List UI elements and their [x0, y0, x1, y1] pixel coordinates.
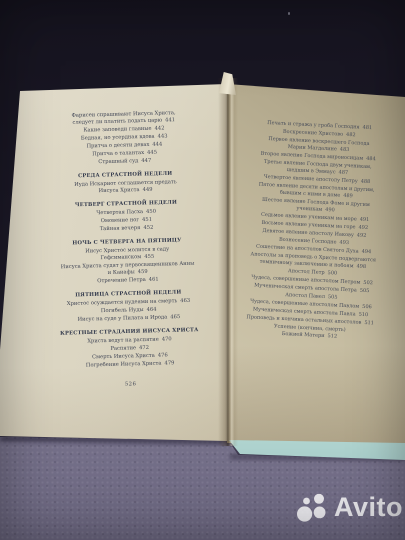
toc-entry-page-number: 451 — [142, 216, 152, 222]
toc-entry-title: Фарисеи спрашивают Иисуса Христа, следуе… — [71, 110, 175, 126]
toc-left-list: Фарисеи спрашивают Иисуса Христа, следуе… — [28, 108, 226, 370]
toc-entry-title: Омовение ног — [101, 217, 140, 224]
toc-entry-title: Апостол Петр — [288, 268, 325, 275]
toc-entry-page-number: 512 — [327, 333, 337, 339]
toc-entry-page-number: 511 — [364, 320, 374, 326]
avito-watermark: Avito — [296, 490, 403, 524]
toc-entry-page-number: 449 — [143, 186, 153, 192]
toc-entry-title: Отречение Петра — [97, 276, 146, 283]
toc-entry-page-number: 476 — [158, 352, 168, 358]
toc-entry-page-number: 489 — [343, 193, 353, 199]
toc-entry-title: Распятие — [110, 345, 136, 352]
toc-entry-page-number: 447 — [141, 157, 151, 163]
toc-entry-page-number: 484 — [366, 156, 376, 162]
toc-entry-page-number: 452 — [143, 224, 153, 230]
toc-entry-title: Апостол Павел — [285, 292, 325, 299]
toc-entry-title: Четвертая Пасха — [96, 209, 143, 216]
toc-entry-page-number: 510 — [358, 312, 368, 318]
toc-entry-page-number: 441 — [165, 117, 175, 123]
toc-entry-page-number: 444 — [152, 141, 162, 147]
toc-entry-page-number: 506 — [362, 304, 372, 310]
dust-speck — [288, 12, 290, 15]
toc-entry-page-number: 464 — [147, 306, 157, 312]
toc-entry-page-number: 472 — [139, 344, 149, 350]
avito-wordmark: Avito — [334, 494, 403, 521]
toc-entry-page-number: 502 — [363, 280, 373, 286]
toc-entry-page-number: 481 — [362, 125, 372, 131]
toc-entry-page-number: 500 — [327, 270, 337, 276]
toc-entry-title: Смерть Иисуса Христа — [92, 352, 155, 360]
toc-entry-page-number: 479 — [164, 360, 174, 366]
toc-entry-page-number: 459 — [138, 268, 148, 274]
toc-right-page: Печать и стража у гроба Господня481Воскр… — [226, 117, 402, 344]
toc-entry-title: Иуда Искариот соглашается предать Иисуса… — [74, 179, 177, 194]
book-photo: Фарисеи спрашивают Иисуса Христа, следуе… — [0, 0, 405, 540]
toc-entry-title: Погребение Иисуса Христа — [86, 360, 162, 368]
toc-entry-title: Иисус на суде у Пилата и Ирода — [78, 314, 168, 322]
toc-entry-title: ЧЕТВЕРГ СТРАСТНОЙ НЕДЕЛИ — [75, 199, 177, 208]
toc-entry-page-number: 505 — [360, 288, 370, 294]
toc-entry-page-number: 442 — [154, 125, 164, 131]
toc-entry-title: Страшный суд — [98, 158, 138, 165]
toc-entry-page-number: 498 — [356, 264, 366, 270]
toc-entry-page-number: 445 — [147, 149, 157, 155]
toc-entry-page-number: 505 — [328, 294, 338, 300]
toc-entry-page-number: 483 — [340, 147, 350, 153]
toc-entry-title: Христа ведут на распятие — [87, 336, 159, 344]
toc-entry-page-number: 491 — [360, 217, 370, 223]
toc-left-page: Фарисеи спрашивают Иисуса Христа, следуе… — [28, 107, 226, 390]
toc-entry-title: Тайная вечеря — [100, 225, 141, 232]
toc-entry-page-number: 493 — [339, 240, 349, 246]
toc-entry-page-number: 494 — [362, 249, 372, 255]
toc-entry-title: Притча о десяти девах — [86, 141, 149, 149]
toc-entry-title: СРЕДА СТРАСТНОЙ НЕДЕЛИ — [78, 170, 172, 178]
toc-right-list: Печать и стража у гроба Господня481Воскр… — [226, 118, 402, 343]
toc-entry-page-number: 488 — [361, 179, 371, 185]
toc-entry-page-number: 492 — [358, 225, 368, 231]
toc-entry-page-number: 455 — [144, 253, 154, 259]
toc-entry-page-number: 461 — [149, 276, 159, 282]
toc-entry-title: Какие заповеди главные — [83, 125, 151, 133]
toc-entry-title: Бедная, но усердная вдова — [81, 133, 155, 141]
toc-entry-title: Иисуса Христа судят у первосвященников А… — [61, 260, 195, 275]
toc-entry-title: Притча о талантах — [92, 149, 144, 156]
toc-entry-page-number: 482 — [346, 132, 356, 138]
toc-entry-page-number: 465 — [170, 314, 180, 320]
toc-entry-page-number: 492 — [357, 232, 367, 238]
toc-entry-page-number: 450 — [146, 208, 156, 214]
avito-logo-icon — [296, 490, 330, 524]
toc-entry-page-number: 490 — [325, 207, 335, 213]
toc-entry-page-number: 470 — [162, 336, 172, 342]
toc-entry-page-number: 487 — [338, 170, 348, 176]
toc-entry-page-number: 443 — [158, 133, 168, 139]
toc-entry: Иуда Искариот соглашается предать Иисуса… — [30, 177, 221, 196]
toc-entry-title: Погибель Иуды — [101, 307, 144, 314]
toc-entry-page-number: 463 — [180, 297, 190, 303]
toc-entry-title: Иисус Христос молится в саду Гефсиманско… — [85, 246, 169, 261]
